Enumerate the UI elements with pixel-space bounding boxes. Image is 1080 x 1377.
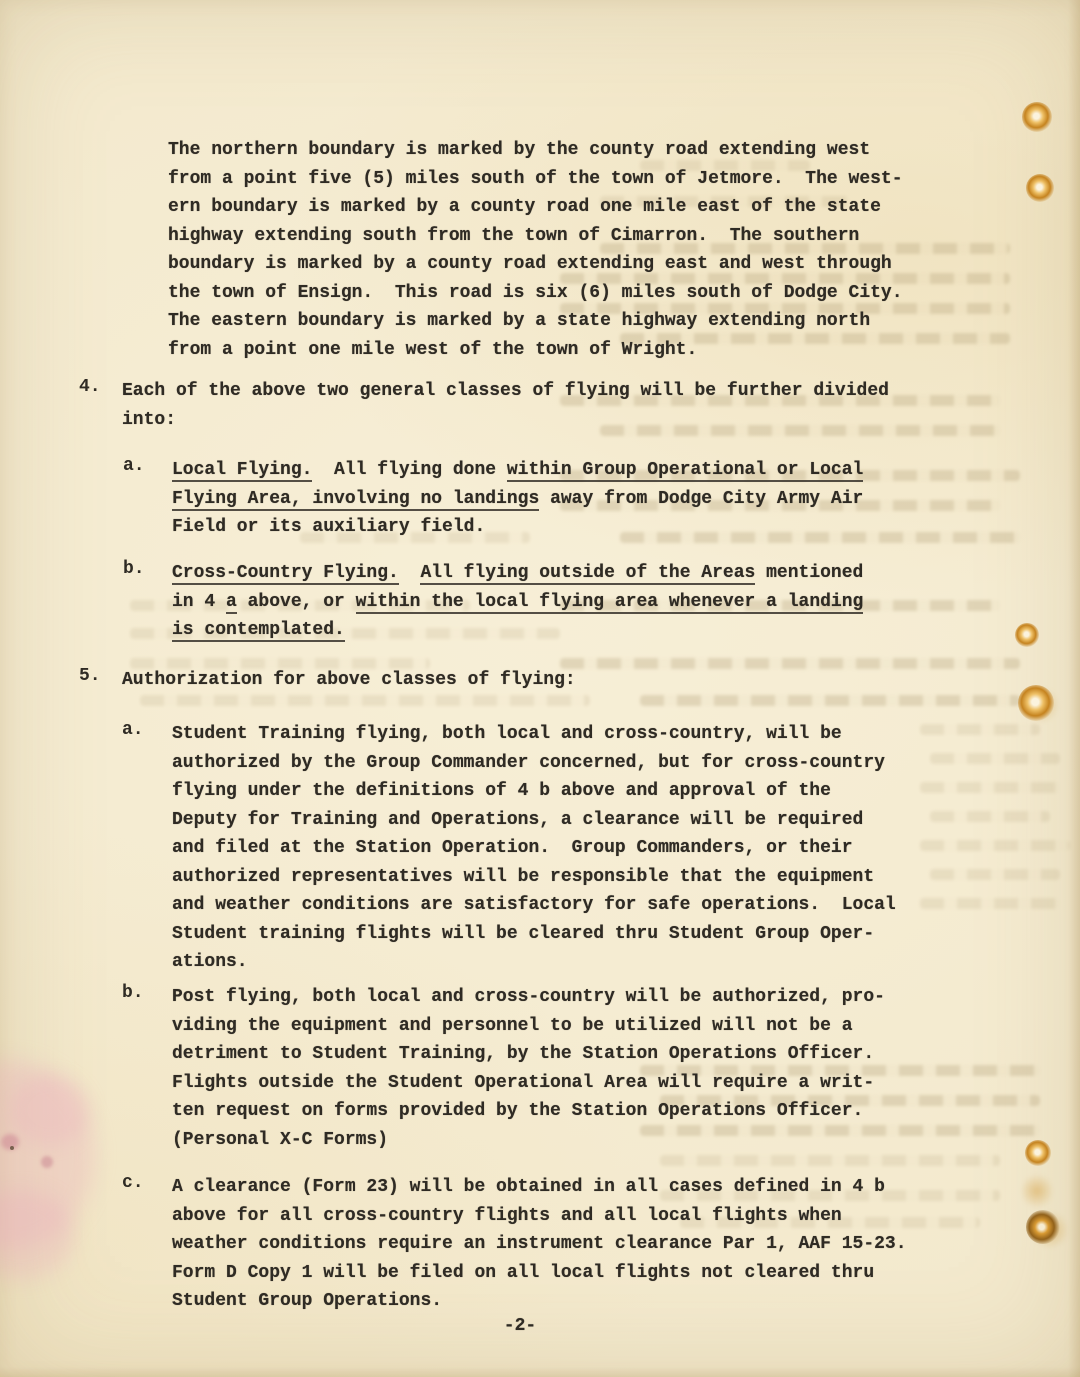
- text-line: is contemplated.: [172, 616, 1080, 645]
- text-segment: Student Group Operations.: [172, 1291, 442, 1311]
- item-5a: a.Student Training flying, both local an…: [0, 720, 1080, 977]
- page-edge-shadow: [0, 1367, 1080, 1377]
- text-segment: authorized by the Group Commander concer…: [172, 753, 885, 773]
- rust-smudge: [1022, 1172, 1052, 1210]
- text-segment: All flying done: [312, 460, 506, 480]
- text-segment: and filed at the Station Operation. Grou…: [172, 838, 853, 858]
- text-line: Student training flights will be cleared…: [172, 920, 1080, 949]
- document-page: The northern boundary is marked by the c…: [0, 0, 1080, 1377]
- text-line: The northern boundary is marked by the c…: [168, 136, 1080, 165]
- underlined-text: Flying Area, involving no landings: [172, 489, 539, 511]
- text-line: highway extending south from the town of…: [168, 222, 1080, 251]
- text-line: Field or its auxiliary field.: [172, 513, 1080, 542]
- text-segment: Post flying, both local and cross-countr…: [172, 987, 885, 1007]
- text-segment: Student training flights will be cleared…: [172, 924, 874, 944]
- rust-stain: [1022, 102, 1052, 132]
- text-line: flying under the definitions of 4 b abov…: [172, 777, 1080, 806]
- intro-paragraph: The northern boundary is marked by the c…: [0, 136, 1080, 364]
- text-segment: boundary is marked by a county road exte…: [168, 254, 892, 274]
- text-segment: viding the equipment and personnel to be…: [172, 1016, 853, 1036]
- section-5-marker: 5.: [79, 666, 101, 686]
- text-line: from a point one mile west of the town o…: [168, 336, 1080, 365]
- text-line: Authorization for above classes of flyin…: [122, 666, 1080, 695]
- text-segment: authorized representatives will be respo…: [172, 867, 874, 887]
- section-4: 4.Each of the above two general classes …: [0, 377, 1080, 434]
- text-line: Local Flying. All flying done within Gro…: [172, 456, 1080, 485]
- underlined-text: All flying outside of the Areas: [420, 563, 755, 585]
- text-line: Student Training flying, both local and …: [172, 720, 1080, 749]
- underlined-text: a: [226, 592, 237, 614]
- item-4b-marker: b.: [123, 559, 145, 579]
- rust-stain: [1025, 1140, 1051, 1166]
- text-line: Post flying, both local and cross-countr…: [172, 983, 1080, 1012]
- rust-stain: [1015, 623, 1039, 647]
- text-segment: Field or its auxiliary field.: [172, 517, 485, 537]
- bleedthrough-line: [640, 695, 1020, 706]
- text-segment: Each of the above two general classes of…: [122, 381, 889, 401]
- item-5c: c.A clearance (Form 23) will be obtained…: [0, 1173, 1080, 1316]
- text-line: the town of Ensign. This road is six (6)…: [168, 279, 1080, 308]
- item-4b: b.Cross-Country Flying. All flying outsi…: [0, 559, 1080, 645]
- text-segment: weather conditions require an instrument…: [172, 1234, 907, 1254]
- text-line: in 4 a above, or within the local flying…: [172, 588, 1080, 617]
- bleedthrough-line: [660, 1155, 1000, 1166]
- text-segment: in 4: [172, 592, 226, 612]
- text-line: and weather conditions are satisfactory …: [172, 891, 1080, 920]
- text-line: into:: [122, 406, 1080, 435]
- text-segment: Deputy for Training and Operations, a cl…: [172, 810, 863, 830]
- text-line: above for all cross-country flights and …: [172, 1202, 1080, 1231]
- text-segment: ten request on forms provided by the Sta…: [172, 1101, 863, 1121]
- text-line: Flying Area, involving no landings away …: [172, 485, 1080, 514]
- item-5a-marker: a.: [122, 720, 144, 740]
- underlined-text: within Group Operational or Local: [507, 460, 863, 482]
- item-5b-marker: b.: [122, 983, 144, 1003]
- item-4a-marker: a.: [123, 456, 145, 476]
- text-line: The eastern boundary is marked by a stat…: [168, 307, 1080, 336]
- page-number: -2-: [0, 1316, 1040, 1336]
- text-line: A clearance (Form 23) will be obtained i…: [172, 1173, 1080, 1202]
- page-edge-shadow: [1068, 0, 1080, 1377]
- text-segment: from a point five (5) miles south of the…: [168, 169, 903, 189]
- underlined-text: Cross-Country Flying.: [172, 563, 399, 585]
- ink-speck: [10, 1146, 14, 1150]
- text-segment: the town of Ensign. This road is six (6)…: [168, 283, 903, 303]
- underlined-text: Local Flying.: [172, 460, 312, 482]
- text-segment: Flights outside the Student Operational …: [172, 1073, 874, 1093]
- text-line: boundary is marked by a county road exte…: [168, 250, 1080, 279]
- section-5: 5.Authorization for above classes of fly…: [0, 666, 1080, 695]
- text-line: Form D Copy 1 will be filed on all local…: [172, 1259, 1080, 1288]
- text-line: ten request on forms provided by the Sta…: [172, 1097, 1080, 1126]
- text-segment: away from Dodge City Army Air: [539, 489, 863, 509]
- rust-stain: [1026, 1210, 1060, 1244]
- text-line: detriment to Student Training, by the St…: [172, 1040, 1080, 1069]
- text-segment: above, or: [237, 592, 356, 612]
- text-segment: ern boundary is marked by a county road …: [168, 197, 881, 217]
- underlined-text: within the local flying area whenever a …: [356, 592, 864, 614]
- text-line: Cross-Country Flying. All flying outside…: [172, 559, 1080, 588]
- text-line: authorized by the Group Commander concer…: [172, 749, 1080, 778]
- text-line: from a point five (5) miles south of the…: [168, 165, 1080, 194]
- text-segment: (Personal X-C Forms): [172, 1130, 388, 1150]
- text-line: Student Group Operations.: [172, 1287, 1080, 1316]
- pink-stain: [41, 1156, 53, 1168]
- text-segment: The eastern boundary is marked by a stat…: [168, 311, 870, 331]
- text-segment: The northern boundary is marked by the c…: [168, 140, 870, 160]
- text-line: and filed at the Station Operation. Grou…: [172, 834, 1080, 863]
- text-line: Flights outside the Student Operational …: [172, 1069, 1080, 1098]
- text-segment: A clearance (Form 23) will be obtained i…: [172, 1177, 885, 1197]
- text-line: ern boundary is marked by a county road …: [168, 193, 1080, 222]
- item-5b: b.Post flying, both local and cross-coun…: [0, 983, 1080, 1154]
- text-segment: [399, 563, 421, 583]
- rust-stain: [1026, 174, 1054, 202]
- text-segment: above for all cross-country flights and …: [172, 1206, 842, 1226]
- text-segment: Authorization for above classes of flyin…: [122, 670, 576, 690]
- item-4a: a.Local Flying. All flying done within G…: [0, 456, 1080, 542]
- text-line: ations.: [172, 948, 1080, 977]
- text-segment: from a point one mile west of the town o…: [168, 340, 697, 360]
- underlined-text: is contemplated.: [172, 620, 345, 642]
- pink-stain: [10, 1075, 90, 1145]
- text-line: (Personal X-C Forms): [172, 1126, 1080, 1155]
- rust-stain: [1018, 685, 1054, 721]
- text-segment: flying under the definitions of 4 b abov…: [172, 781, 831, 801]
- text-segment: mentioned: [755, 563, 863, 583]
- text-segment: Form D Copy 1 will be filed on all local…: [172, 1263, 874, 1283]
- section-4-marker: 4.: [79, 377, 101, 397]
- text-segment: into:: [122, 410, 176, 430]
- bleedthrough-line: [140, 695, 590, 706]
- text-line: weather conditions require an instrument…: [172, 1230, 1080, 1259]
- text-line: Deputy for Training and Operations, a cl…: [172, 806, 1080, 835]
- text-line: authorized representatives will be respo…: [172, 863, 1080, 892]
- item-5c-marker: c.: [122, 1173, 144, 1193]
- text-segment: and weather conditions are satisfactory …: [172, 895, 896, 915]
- text-line: viding the equipment and personnel to be…: [172, 1012, 1080, 1041]
- text-segment: ations.: [172, 952, 248, 972]
- text-segment: Student Training flying, both local and …: [172, 724, 842, 744]
- text-segment: detriment to Student Training, by the St…: [172, 1044, 874, 1064]
- text-segment: highway extending south from the town of…: [168, 226, 859, 246]
- text-line: Each of the above two general classes of…: [122, 377, 1080, 406]
